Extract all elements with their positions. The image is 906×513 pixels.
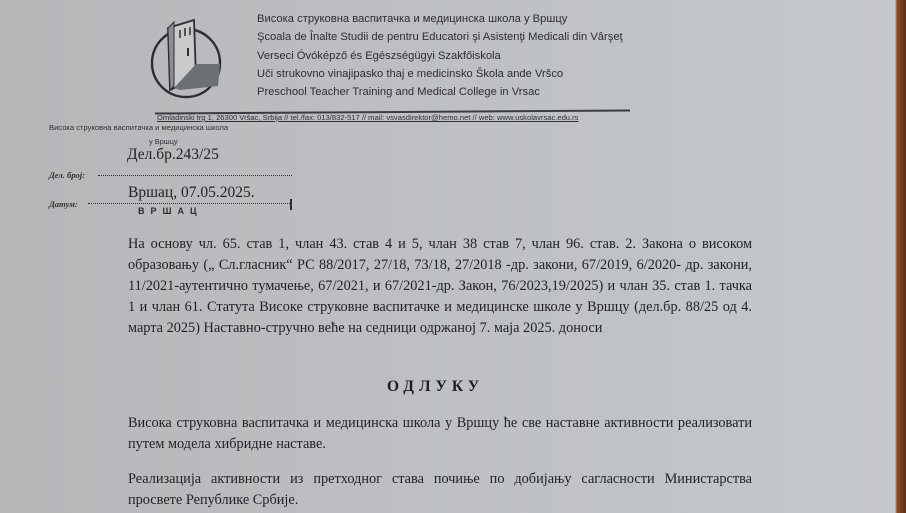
decision-paragraph-1: Висока струковна васпитачка и медицинска… <box>128 413 752 455</box>
letterhead-name-romani: Uči strukovno vinajipasko thaj e medicin… <box>257 65 623 83</box>
school-building-logo-icon <box>140 8 236 100</box>
letterhead-name-serbian: Висока струковна васпитачка и медицинска… <box>257 10 623 28</box>
letterhead-name-hungarian: Verseci Óvóképző és Egészségügyi Szakfői… <box>257 47 623 65</box>
document-page: Висока струковна васпитачка и медицинска… <box>0 0 895 513</box>
document-date: Вршац, 07.05.2025. <box>128 184 255 202</box>
date-label: Датум: <box>49 199 78 209</box>
letterhead-name-english: Preschool Teacher Training and Medical C… <box>257 83 623 101</box>
letterhead-name-romanian: Şcoala de Înalte Studii de pentru Educat… <box>257 28 623 46</box>
stamp-city: ВРШАЦ <box>138 206 203 216</box>
decision-paragraph-2: Реализација активности из претходног ста… <box>128 469 752 511</box>
reference-dotted-line <box>98 175 292 176</box>
decision-title: ОДЛУКУ <box>387 378 484 396</box>
stamp-tick-mark <box>290 199 292 210</box>
wooden-desk-edge <box>895 0 906 513</box>
reference-number: Дел.бр.243/25 <box>127 146 219 164</box>
stamp-institution: Висока струковна васпитачка и медицинска… <box>49 123 228 132</box>
address-line: Omladinski trg 1, 26300 Vršac, Srbija //… <box>157 113 578 122</box>
letterhead-names: Висока струковна васпитачка и медицинска… <box>257 10 623 101</box>
preamble-paragraph: На основу чл. 65. став 1, члан 43. став … <box>128 234 752 339</box>
reference-label: Дел. број: <box>49 170 85 180</box>
date-dotted-line <box>88 203 292 204</box>
stamp-institution-city: у Вршцу <box>149 137 178 146</box>
